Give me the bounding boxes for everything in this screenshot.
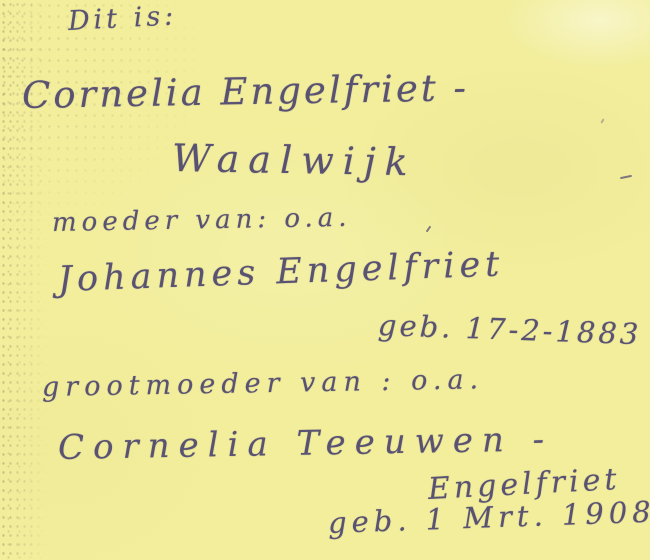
child-birthdate-line: geb. 17-2-1883 <box>377 308 642 351</box>
stray-ink-mark <box>600 118 604 123</box>
grandchild-name-line: Cornelia Teeuwen - <box>58 419 554 468</box>
grandchild-birthdate-line: geb. 1 Mrt. 1908 <box>327 495 650 540</box>
scanned-handwritten-note: Dit is: Cornelia Engelfriet - Waalwijk m… <box>0 0 650 560</box>
subject-city-line: Waalwijk <box>172 136 417 184</box>
subject-name-line: Cornelia Engelfriet - <box>22 66 470 117</box>
grandmother-of-label-line: grootmoeder van : o.a. <box>42 364 485 403</box>
stray-ink-mark <box>426 226 432 233</box>
stray-ink-mark <box>620 175 632 179</box>
child-name-line: Johannes Engelfriet <box>57 244 505 300</box>
mother-of-label-line: moeder van: o.a. <box>52 203 352 238</box>
intro-line: Dit is: <box>67 0 178 37</box>
